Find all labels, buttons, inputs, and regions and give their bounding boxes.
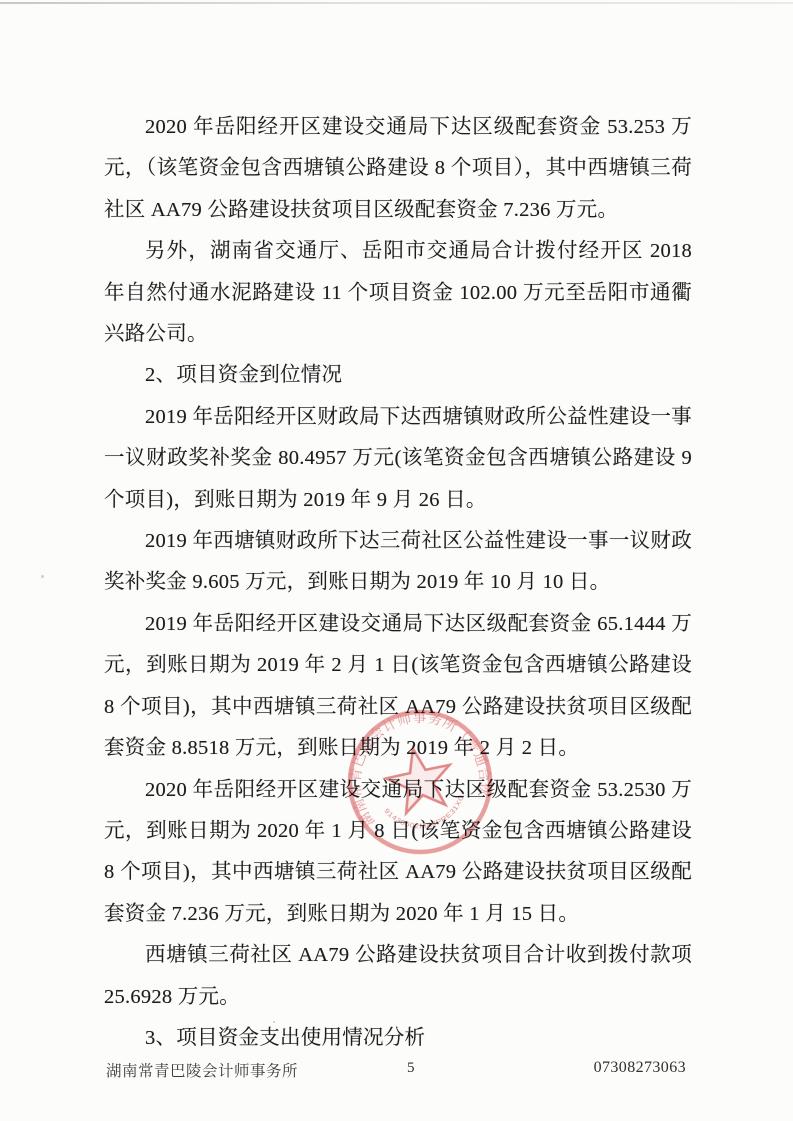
paragraph-2019-town-finance: 2019 年西塘镇财政所下达三荷社区公益性建设一事一议财政奖补奖金 9.605 … xyxy=(104,521,692,604)
scan-speck xyxy=(273,1021,275,1023)
footer-firm-name: 湖南常青巴陵会计师事务所 xyxy=(106,1059,298,1081)
paragraph-2020-transport-bureau: 2020 年岳阳经开区建设交通局下达区级配套资金 53.2530 万元，到账日期… xyxy=(104,770,692,936)
page-number: 5 xyxy=(407,1060,415,1077)
footer-code: 07308273063 xyxy=(594,1059,686,1077)
scanned-page: { "doc": { "paragraphs": [ {"text": "202… xyxy=(0,0,793,1121)
heading-expenditure-analysis: 3、项目资金支出使用情况分析 xyxy=(104,1018,692,1059)
heading-funds-received: 2、项目资金到位情况 xyxy=(104,355,692,396)
document-page: 2020 年岳阳经开区建设交通局下达区级配套资金 53.253 万元，（该笔资金… xyxy=(0,0,793,1121)
paragraph-2019-transport-bureau: 2019 年岳阳经开区建设交通局下达区级配套资金 65.1444 万元，到账日期… xyxy=(104,604,692,770)
scan-edge-line xyxy=(0,2,793,4)
paragraph-total-received: 西塘镇三荷社区 AA79 公路建设扶贫项目合计收到拨付款项 25.6928 万元… xyxy=(104,935,692,1018)
paragraph-fund-2020-allocation: 2020 年岳阳经开区建设交通局下达区级配套资金 53.253 万元，（该笔资金… xyxy=(104,107,692,231)
paragraph-provincial-transfer: 另外，湖南省交通厅、岳阳市交通局合计拨付经开区 2018 年自然付通水泥路建设 … xyxy=(104,231,692,355)
document-body: 2020 年岳阳经开区建设交通局下达区级配套资金 53.253 万元，（该笔资金… xyxy=(104,107,692,1059)
paragraph-2019-finance-bureau: 2019 年岳阳经开区财政局下达西塘镇财政所公益性建设一事一议财政奖补奖金 80… xyxy=(104,397,692,521)
scan-speck xyxy=(41,575,44,578)
